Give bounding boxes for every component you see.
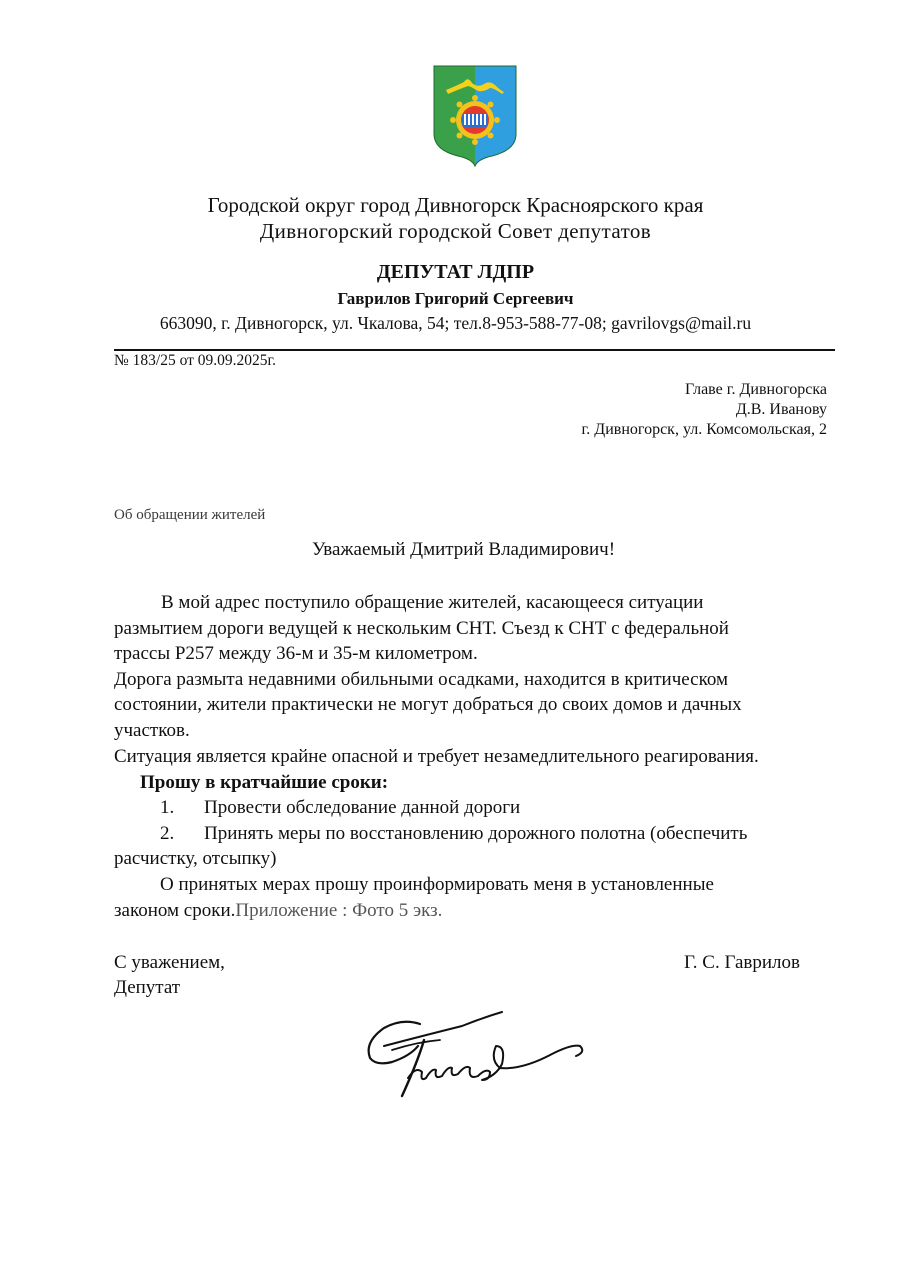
reference-number: № 183/25 от 09.09.2025г. (114, 352, 276, 370)
subject-line: Об обращении жителей (114, 507, 265, 524)
closing-line-2: законом сроки.Приложение : Фото 5 экз. (114, 898, 442, 924)
paragraph-2-line-1: Дорога размыта недавними обильными осадк… (114, 667, 728, 693)
list-item-1-text: Провести обследование данной дороги (204, 795, 520, 821)
paragraph-1-line-3: трассы Р257 между 36-м и 35-м километром… (114, 641, 478, 667)
position-text: Депутат (114, 975, 180, 1001)
list-item-2-number: 2. (160, 821, 174, 847)
handwritten-signature-icon (362, 1006, 588, 1104)
header-divider (114, 349, 835, 351)
deputy-title: ДЕПУТАТ ЛДПР (0, 261, 911, 284)
paragraph-2-line-2: состоянии, жители практически не могут д… (114, 692, 742, 718)
coat-of-arms-icon (432, 64, 518, 167)
municipality-line: Городской округ город Дивногорск Красноя… (0, 193, 911, 218)
recipient-line-3: г. Дивногорск, ул. Комсомольская, 2 (582, 421, 827, 439)
paragraph-2-line-3: участков. (114, 718, 190, 744)
list-item-2-continuation: расчистку, отсыпку) (114, 846, 276, 872)
recipient-line-1: Главе г. Дивногорска (685, 381, 827, 399)
closing-line-1: О принятых мерах прошу проинформировать … (160, 872, 714, 898)
council-line: Дивногорский городской Совет депутатов (0, 219, 911, 244)
signer-name: Г. С. Гаврилов (684, 950, 800, 976)
closing-text: законом сроки. (114, 900, 235, 921)
list-item-1-number: 1. (160, 795, 174, 821)
recipient-line-2: Д.В. Иванову (736, 401, 827, 419)
contact-line: 663090, г. Дивногорск, ул. Чкалова, 54; … (0, 313, 911, 334)
request-heading: Прошу в кратчайшие сроки: (140, 770, 388, 796)
paragraph-1-line-1: В мой адрес поступило обращение жителей,… (161, 590, 703, 616)
list-item-2-text: Принять меры по восстановлению дорожного… (204, 821, 747, 847)
paragraph-3: Ситуация является крайне опасной и требу… (114, 744, 759, 770)
deputy-name: Гаврилов Григорий Сергеевич (0, 289, 911, 309)
salutation: Уважаемый Дмитрий Владимирович! (8, 539, 911, 561)
attachment-note: Приложение : Фото 5 экз. (235, 900, 442, 921)
regards-text: С уважением, (114, 950, 225, 976)
paragraph-1-line-2: размытием дороги ведущей к нескольким СН… (114, 616, 729, 642)
